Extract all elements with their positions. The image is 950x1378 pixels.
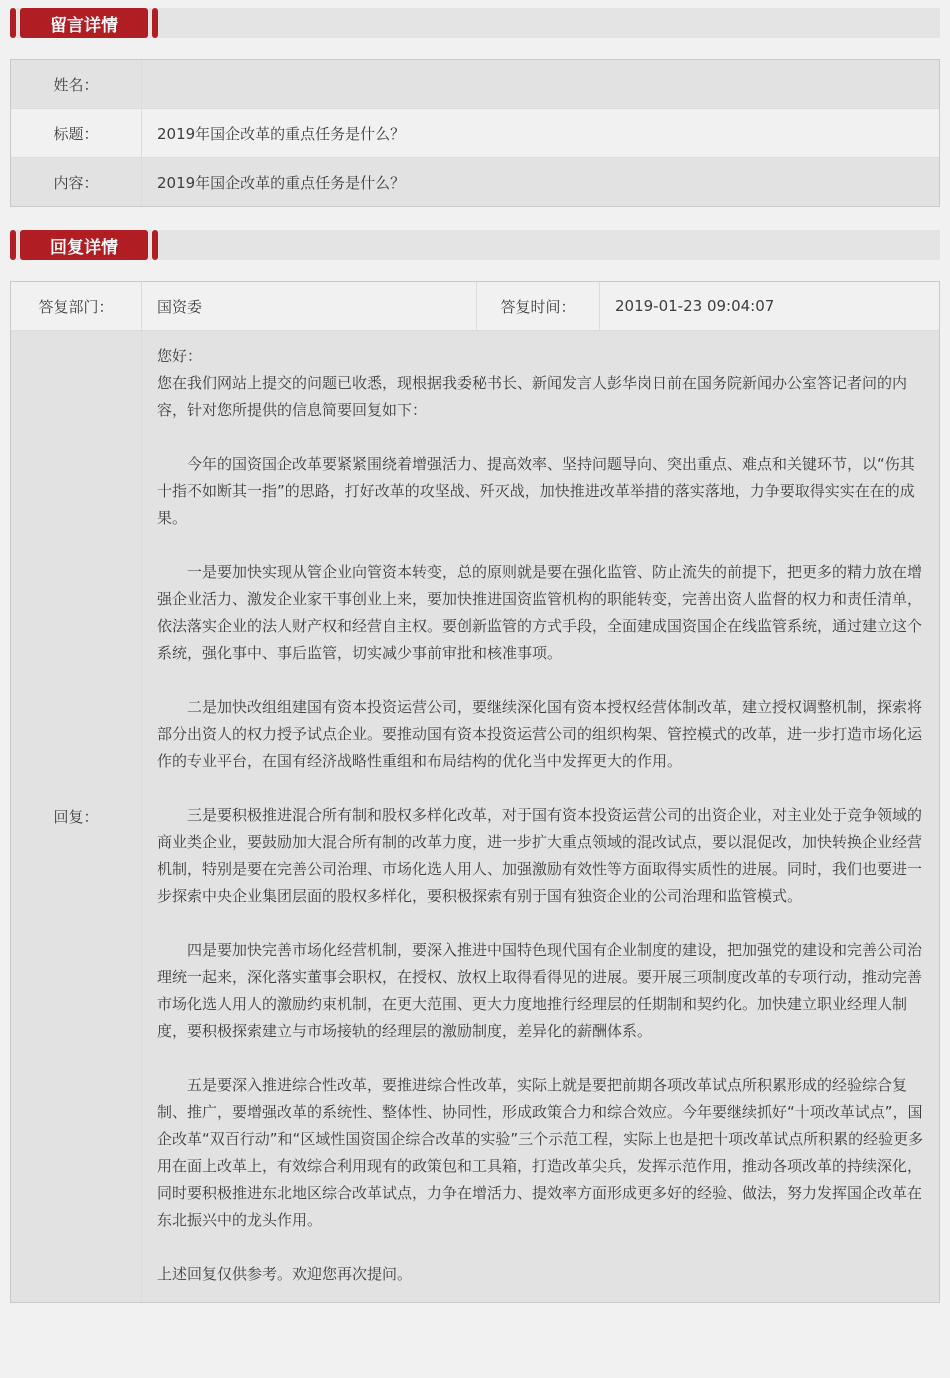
reply-dept-value: 国资委 bbox=[141, 282, 476, 330]
content-value: 2019年国企改革的重点任务是什么？ bbox=[141, 158, 939, 206]
accent-bar-icon bbox=[152, 230, 158, 260]
reply-body-label: 回复： bbox=[11, 331, 141, 1302]
content-label: 内容： bbox=[11, 158, 141, 206]
reply-table: 答复部门： 国资委 答复时间： 2019-01-23 09:04:07 回复： … bbox=[10, 281, 940, 1303]
message-section-title: 留言详情 bbox=[20, 8, 148, 38]
reply-dept-label: 答复部门： bbox=[11, 282, 141, 330]
title-value: 2019年国企改革的重点任务是什么？ bbox=[141, 109, 939, 157]
accent-bar-icon bbox=[10, 230, 16, 260]
table-row-title: 标题： 2019年国企改革的重点任务是什么？ bbox=[11, 108, 939, 157]
accent-bar-icon bbox=[152, 8, 158, 38]
table-row-content: 内容： 2019年国企改革的重点任务是什么？ bbox=[11, 157, 939, 206]
reply-body-text: 您好： 您在我们网站上提交的问题已收悉，现根据我委秘书长、新闻发言人彭华岗日前在… bbox=[141, 331, 939, 1302]
reply-section-header: 回复详情 bbox=[10, 230, 940, 260]
message-table: 姓名： 标题： 2019年国企改革的重点任务是什么？ 内容： 2019年国企改革… bbox=[10, 59, 940, 207]
reply-time-value: 2019-01-23 09:04:07 bbox=[599, 282, 939, 330]
bottom-spacer bbox=[0, 1303, 950, 1323]
table-row-reply-body: 回复： 您好： 您在我们网站上提交的问题已收悉，现根据我委秘书长、新闻发言人彭华… bbox=[11, 330, 939, 1302]
reply-time-label: 答复时间： bbox=[476, 282, 599, 330]
name-label: 姓名： bbox=[11, 60, 141, 108]
page: { "message": { "title": "留言详情", "rows": … bbox=[0, 8, 950, 1323]
table-row-reply-meta: 答复部门： 国资委 答复时间： 2019-01-23 09:04:07 bbox=[11, 282, 939, 330]
title-label: 标题： bbox=[11, 109, 141, 157]
table-row-name: 姓名： bbox=[11, 60, 939, 108]
message-section-header: 留言详情 bbox=[10, 8, 940, 38]
reply-section-title: 回复详情 bbox=[20, 230, 148, 260]
accent-bar-icon bbox=[10, 8, 16, 38]
name-value bbox=[141, 60, 939, 108]
